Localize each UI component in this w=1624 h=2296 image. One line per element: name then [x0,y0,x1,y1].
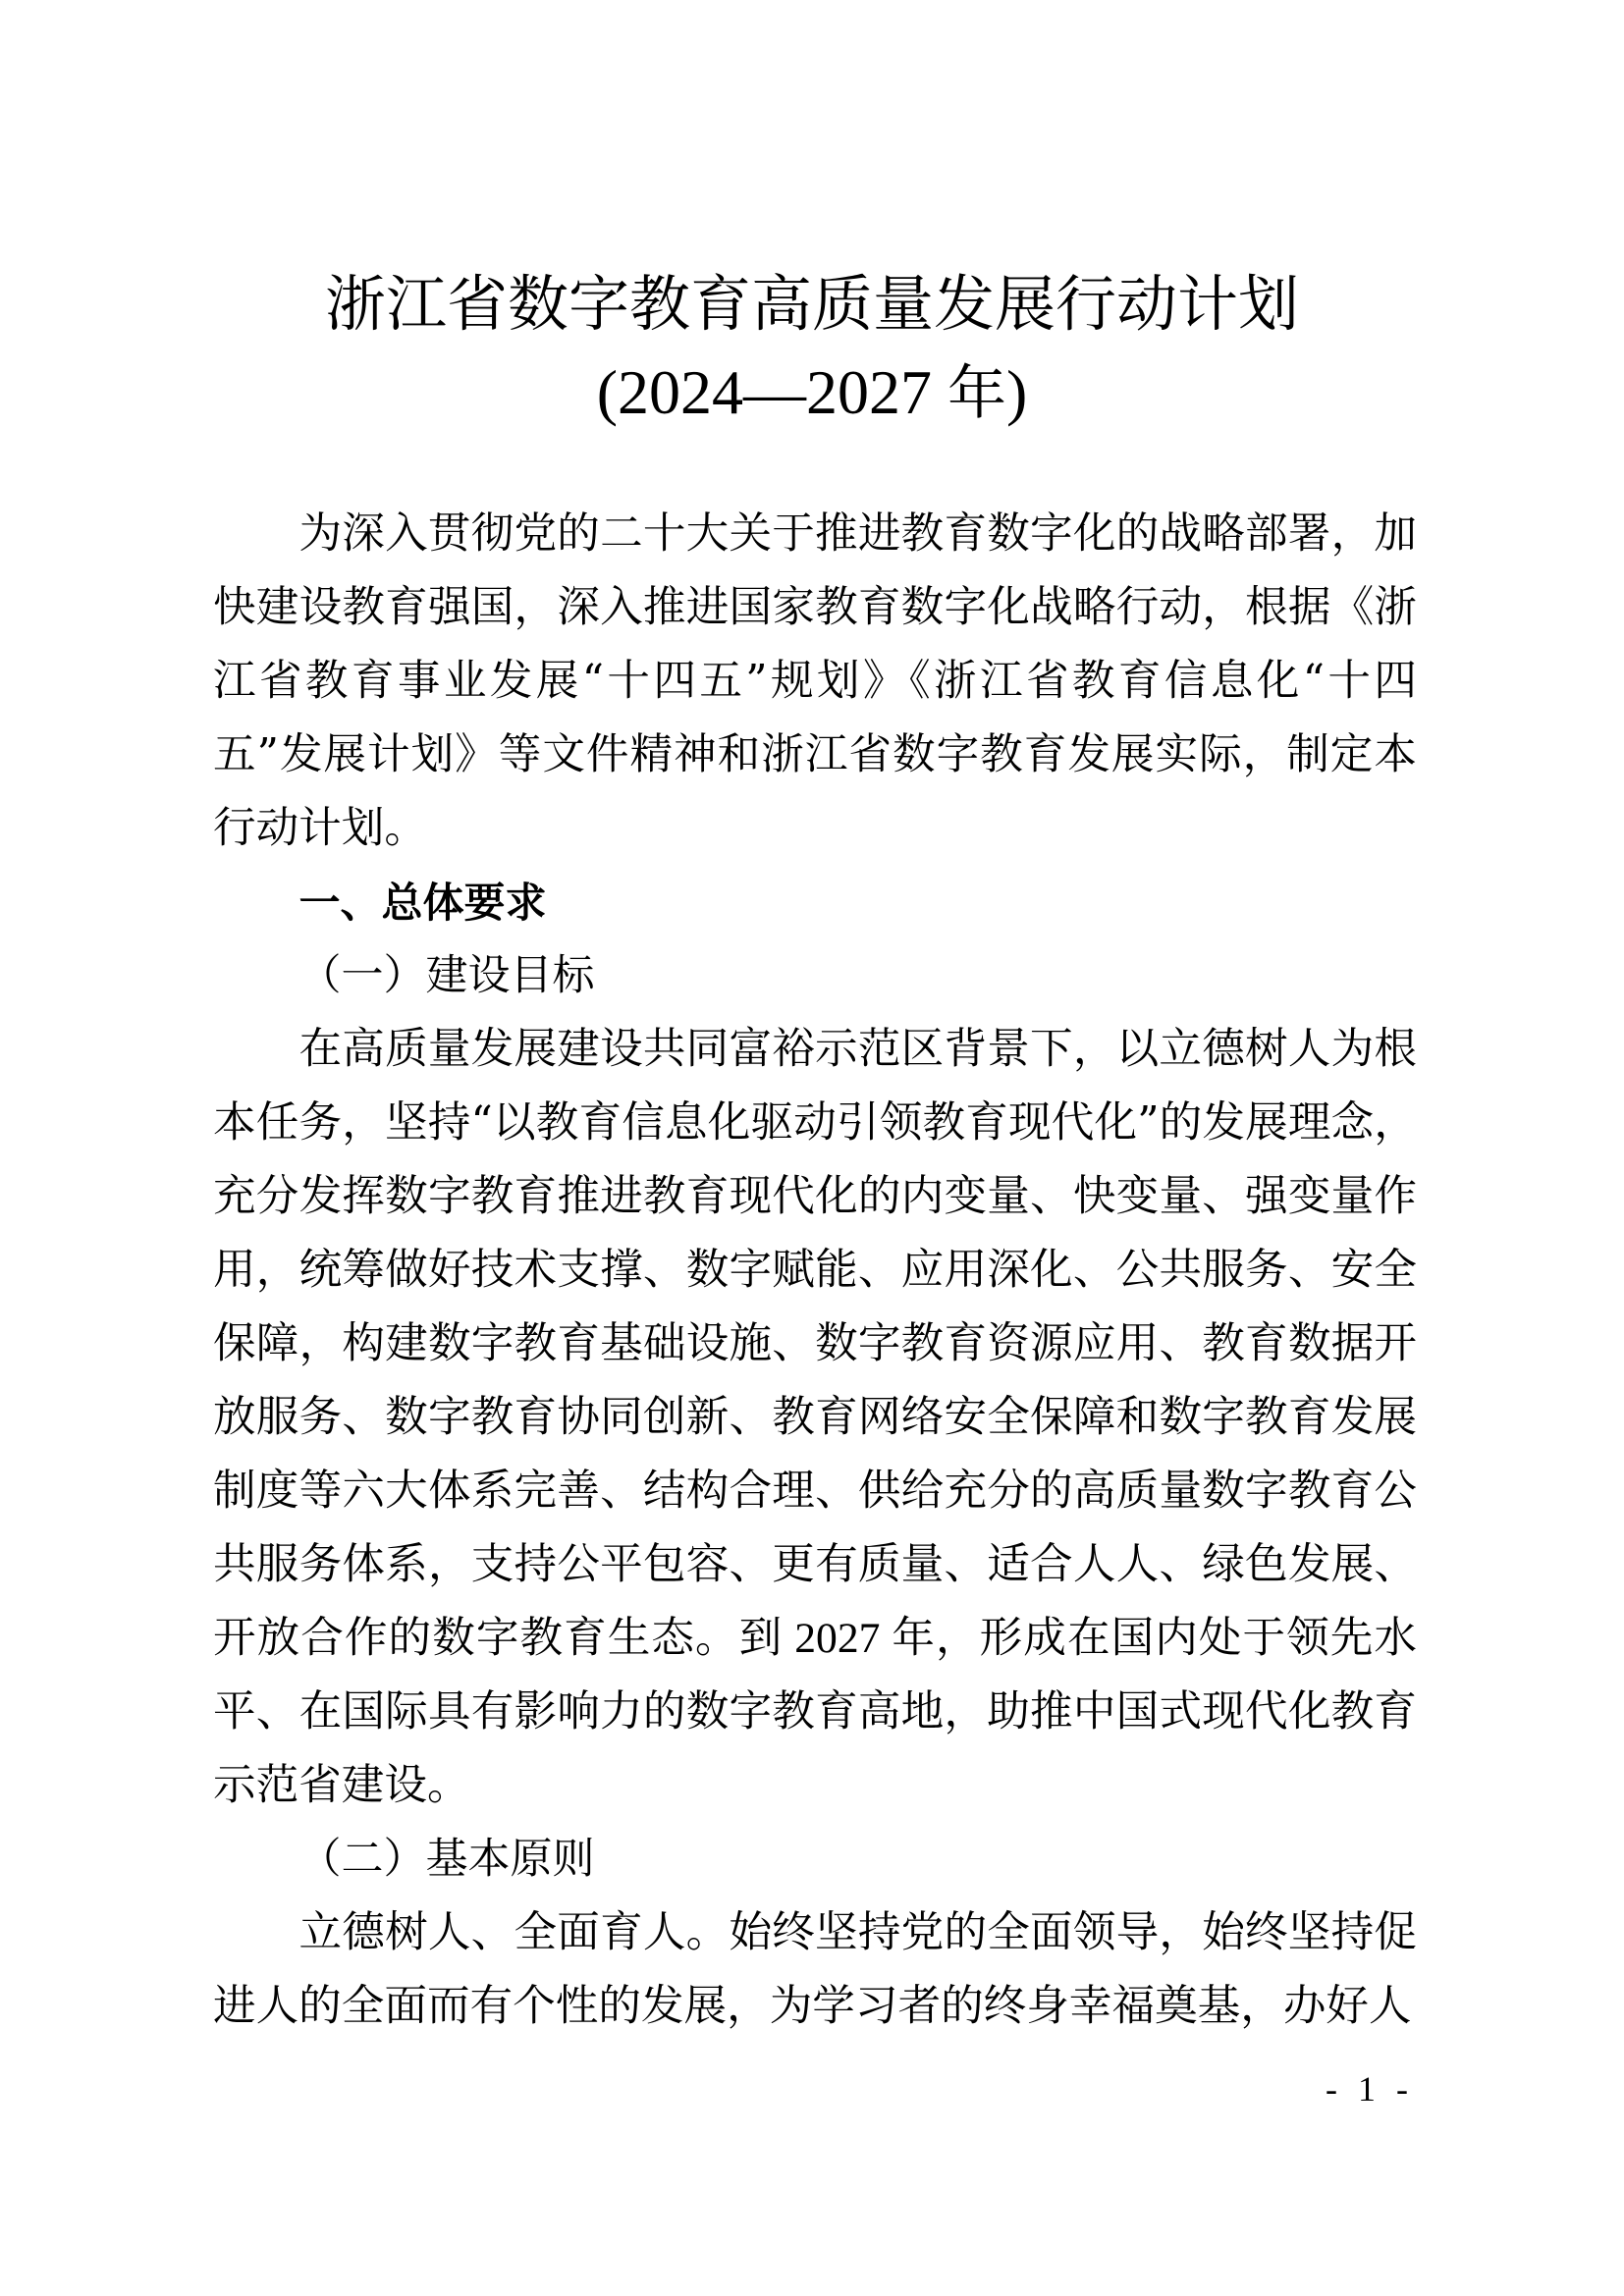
subtitle-year-char: 年 [947,359,1006,428]
document-subtitle-years: (2024—2027 年) [0,348,1624,438]
section-heading-overall-requirements: 一、总体要求 [213,866,1417,939]
intro-paragraph: 为深入贯彻党的二十大关于推进教育数字化的战略部署，加快建设教育强国，深入推进国家… [213,498,1417,866]
document-title: 浙江省数字教育高质量发展行动计划 [0,260,1624,348]
subsection-heading-goals: （一）建设目标 [213,939,1417,1013]
subtitle-years-suffix: ) [1006,357,1027,427]
goals-paragraph: 在高质量发展建设共同富裕示范区背景下，以立德树人为根本任务，坚持“以教育信息化驱… [213,1013,1417,1823]
principles-paragraph: 立德树人、全面育人。始终坚持党的全面领导，始终坚持促进人的全面而有个性的发展，为… [213,1896,1417,2044]
page-number: - 1 - [1316,2064,1424,2113]
document-page: 浙江省数字教育高质量发展行动计划 (2024—2027 年) 为深入贯彻党的二十… [0,0,1624,2296]
subsection-heading-principles: （二）基本原则 [213,1823,1417,1896]
subtitle-years-prefix: (2024—2027 [597,357,947,427]
goals-paragraph-text-1: 在高质量发展建设共同富裕示范区背景下，以立德树人为根本任务，坚持“以教育信息化驱… [213,1025,1417,1663]
goals-paragraph-year: 2027 [783,1615,892,1662]
document-body: 为深入贯彻党的二十大关于推进教育数字化的战略部署，加快建设教育强国，深入推进国家… [213,498,1417,2044]
